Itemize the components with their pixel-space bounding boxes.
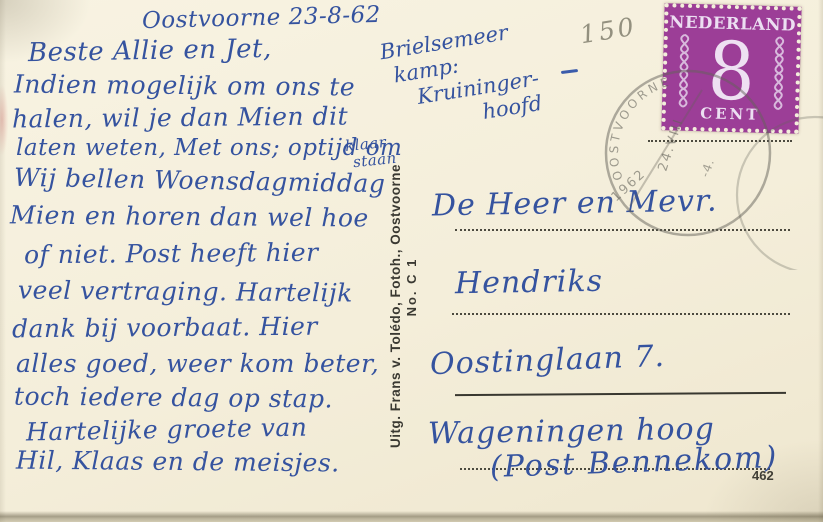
message-line: Wij bellen Woensdagmiddag	[14, 165, 386, 196]
message-line: Indien mogelijk om ons te	[14, 72, 355, 100]
postage-stamp: NEDERLAND 8 CENT	[661, 3, 801, 134]
stray-ink-dash	[561, 69, 578, 74]
pencil-price-mark: 150	[578, 12, 639, 50]
publisher-number: No. C 1	[404, 126, 419, 448]
address-line-street: Oostinglaan 7.	[430, 342, 666, 380]
handwritten-date: Oostvoorne 23-8-62	[142, 4, 381, 33]
address-rule-0	[648, 140, 792, 142]
message-line: toch iedere dag op stap.	[14, 384, 333, 412]
address-line-surname: Hendriks	[455, 267, 603, 300]
address-rule-3	[455, 392, 786, 396]
message-line: of niet. Post heeft hier	[24, 240, 319, 268]
stamp-flourish-right-icon	[765, 34, 793, 113]
publisher-line: Uitg. Frans v. Tolédo, Fotoh., Oostvoorn…	[388, 126, 403, 448]
message-line: Hartelijke groete van	[26, 415, 308, 445]
address-line-post: (Post Bennekom)	[490, 443, 779, 483]
message-line: alles goed, weer kom beter,	[16, 351, 379, 376]
address-rule-1	[455, 229, 790, 231]
message-line: Mien en horen dan wel hoe	[10, 202, 369, 230]
stamp-denomination: 8	[707, 29, 756, 114]
postcard-back: Oostvoorne 23-8-62 Beste Allie en Jet, I…	[0, 0, 823, 522]
card-number: 462	[752, 468, 774, 483]
address-rule-2	[452, 313, 790, 315]
message-line: Hil, Klaas en de meisjes.	[16, 448, 340, 476]
stamp-flourish-left-icon	[670, 31, 698, 110]
address-line-recipient: De Heer en Mevr.	[432, 187, 718, 222]
postmark-hour: -4.	[698, 157, 718, 179]
publisher-imprint: Uitg. Frans v. Tolédo, Fotoh., Oostvoorn…	[388, 126, 419, 448]
message-line: Beste Allie en Jet,	[28, 36, 272, 66]
card-bottom-edge	[0, 511, 823, 522]
sender-location-note: Brielsemeer kamp: Kruininger- hoofd	[378, 17, 545, 140]
message-line: veel vertraging. Hartelijk	[18, 278, 353, 306]
message-line: dank bij voorbaat. Hier	[12, 314, 318, 342]
message-line: halen, wil je dan Mien dit	[12, 104, 348, 132]
